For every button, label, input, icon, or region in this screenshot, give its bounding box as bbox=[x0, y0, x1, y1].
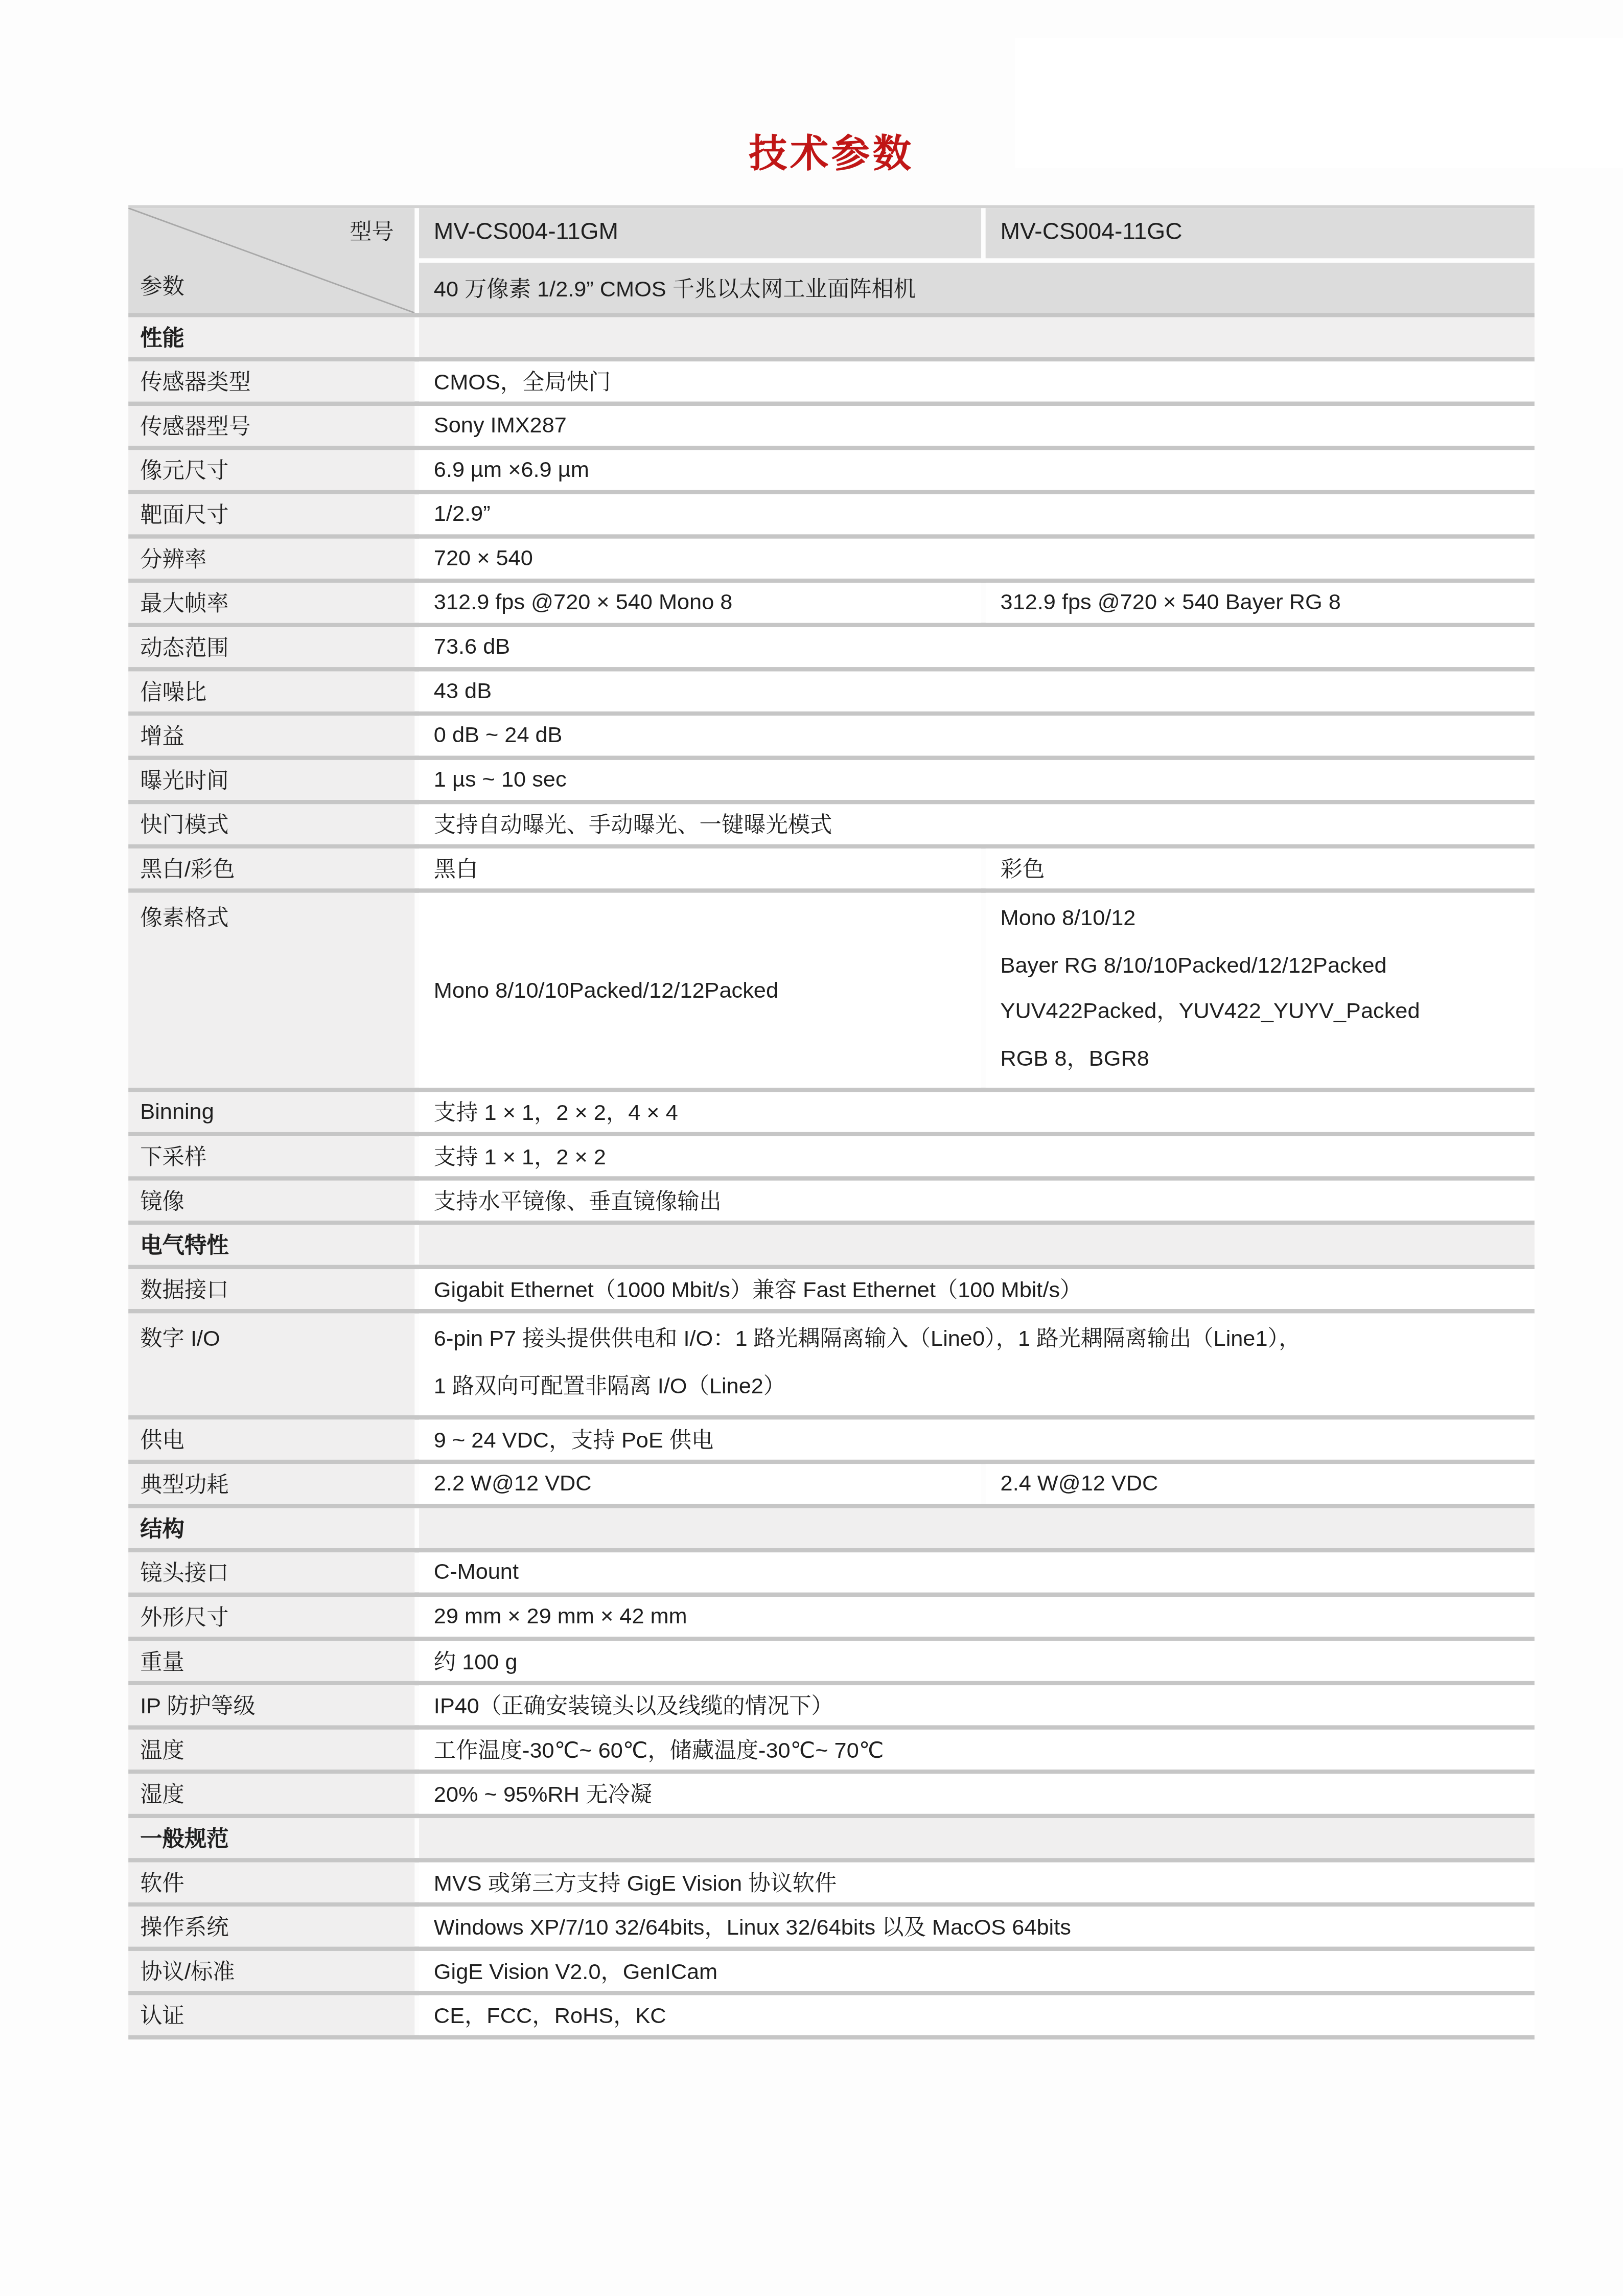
row-value: 6.9 µm ×6.9 µm bbox=[419, 450, 1535, 490]
row-label: Binning bbox=[128, 1092, 414, 1132]
spec-row: 认证CE，FCC，RoHS，KC bbox=[128, 1991, 1535, 2035]
row-value-color: Mono 8/10/12 Bayer RG 8/10/10Packed/12/1… bbox=[986, 893, 1535, 1088]
spec-row: 像素格式Mono 8/10/10Packed/12/12PackedMono 8… bbox=[128, 888, 1535, 1088]
spec-row: 信噪比43 dB bbox=[128, 667, 1535, 711]
row-value: C-Mount bbox=[419, 1552, 1535, 1592]
row-label: 温度 bbox=[128, 1730, 414, 1770]
spec-row: 数字 I/O6-pin P7 接头提供供电和 I/O：1 路光耦隔离输入（Lin… bbox=[128, 1309, 1535, 1415]
row-label: 软件 bbox=[128, 1863, 414, 1902]
section-filler bbox=[419, 1818, 1535, 1858]
row-label: 曝光时间 bbox=[128, 760, 414, 800]
row-label: 认证 bbox=[128, 1995, 414, 2035]
row-label: 信噪比 bbox=[128, 672, 414, 711]
table-header: 型号 参数 MV-CS004-11GM MV-CS004-11GC 40 万像素… bbox=[128, 205, 1535, 313]
page-title: 技术参数 bbox=[128, 124, 1535, 179]
spec-row: 曝光时间1 µs ~ 10 sec bbox=[128, 755, 1535, 800]
spec-row: 动态范围73.6 dB bbox=[128, 623, 1535, 667]
row-label: 下采样 bbox=[128, 1136, 414, 1176]
row-value: 1/2.9” bbox=[419, 494, 1535, 534]
row-value-mono: 312.9 fps @720 × 540 Mono 8 bbox=[419, 583, 981, 623]
row-label: 黑白/彩色 bbox=[128, 848, 414, 888]
section-row: 电气特性 bbox=[128, 1221, 1535, 1265]
row-value: CMOS，全局快门 bbox=[419, 361, 1535, 401]
spec-row: 镜像支持水平镜像、垂直镜像输出 bbox=[128, 1176, 1535, 1221]
spec-row: 重量约 100 g bbox=[128, 1637, 1535, 1681]
section-filler bbox=[419, 317, 1535, 357]
row-label: 靶面尺寸 bbox=[128, 494, 414, 534]
row-value: GigE Vision V2.0，GenICam bbox=[419, 1951, 1535, 1991]
row-label: 重量 bbox=[128, 1641, 414, 1681]
row-value-color: 2.4 W@12 VDC bbox=[986, 1464, 1535, 1504]
row-value: 20% ~ 95%RH 无冷凝 bbox=[419, 1774, 1535, 1813]
spec-row: 下采样支持 1 × 1，2 × 2 bbox=[128, 1132, 1535, 1177]
page: 技术参数 型号 参数 MV-CS004-11GM MV-CS004-11GC 4… bbox=[0, 0, 1623, 2296]
spec-row: 增益0 dB ~ 24 dB bbox=[128, 711, 1535, 756]
corner-label-param: 参数 bbox=[140, 263, 184, 313]
spec-table: 型号 参数 MV-CS004-11GM MV-CS004-11GC 40 万像素… bbox=[128, 205, 1535, 2039]
spec-row: 协议/标准GigE Vision V2.0，GenICam bbox=[128, 1946, 1535, 1991]
row-value: 支持水平镜像、垂直镜像输出 bbox=[419, 1181, 1535, 1221]
spec-row: 黑白/彩色黑白彩色 bbox=[128, 844, 1535, 889]
row-value-mono: Mono 8/10/10Packed/12/12Packed bbox=[419, 893, 981, 1088]
row-label: 传感器型号 bbox=[128, 406, 414, 446]
spec-row: 软件MVS 或第三方支持 GigE Vision 协议软件 bbox=[128, 1858, 1535, 1902]
row-value-color: 彩色 bbox=[986, 848, 1535, 888]
row-label: 外形尺寸 bbox=[128, 1597, 414, 1637]
spec-row: 最大帧率312.9 fps @720 × 540 Mono 8312.9 fps… bbox=[128, 579, 1535, 623]
row-label: 操作系统 bbox=[128, 1907, 414, 1946]
row-label: 最大帧率 bbox=[128, 583, 414, 623]
spec-row: 靶面尺寸1/2.9” bbox=[128, 490, 1535, 535]
row-value: 支持 1 × 1，2 × 2 bbox=[419, 1136, 1535, 1176]
spec-row: 像元尺寸6.9 µm ×6.9 µm bbox=[128, 446, 1535, 490]
row-value: 29 mm × 29 mm × 42 mm bbox=[419, 1597, 1535, 1637]
spec-row: 分辨率720 × 540 bbox=[128, 534, 1535, 579]
section-row: 性能 bbox=[128, 313, 1535, 357]
row-value: MVS 或第三方支持 GigE Vision 协议软件 bbox=[419, 1863, 1535, 1902]
row-label: 快门模式 bbox=[128, 805, 414, 844]
section-filler bbox=[419, 1225, 1535, 1265]
section-title: 结构 bbox=[128, 1508, 414, 1548]
spec-row: 温度工作温度-30℃~ 60℃，储藏温度-30℃~ 70℃ bbox=[128, 1725, 1535, 1770]
model-name-1: MV-CS004-11GM bbox=[419, 208, 981, 258]
row-value: 73.6 dB bbox=[419, 627, 1535, 667]
corner-label-model: 型号 bbox=[350, 208, 394, 258]
row-value-mono: 2.2 W@12 VDC bbox=[419, 1464, 981, 1504]
camera-description: 40 万像素 1/2.9” CMOS 千兆以太网工业面阵相机 bbox=[419, 263, 1535, 313]
spec-row: 镜头接口C-Mount bbox=[128, 1548, 1535, 1593]
row-label: 供电 bbox=[128, 1420, 414, 1460]
row-label: 分辨率 bbox=[128, 539, 414, 579]
spec-row: Binning支持 1 × 1，2 × 2，4 × 4 bbox=[128, 1088, 1535, 1132]
row-label: 湿度 bbox=[128, 1774, 414, 1813]
row-value: 支持自动曝光、手动曝光、一键曝光模式 bbox=[419, 805, 1535, 844]
model-name-2: MV-CS004-11GC bbox=[986, 208, 1535, 258]
spec-row: 快门模式支持自动曝光、手动曝光、一键曝光模式 bbox=[128, 800, 1535, 844]
spec-row: 传感器型号Sony IMX287 bbox=[128, 401, 1535, 446]
row-label: 传感器类型 bbox=[128, 361, 414, 401]
spec-row: 典型功耗2.2 W@12 VDC2.4 W@12 VDC bbox=[128, 1460, 1535, 1504]
spec-row: 传感器类型CMOS，全局快门 bbox=[128, 357, 1535, 402]
row-value: 约 100 g bbox=[419, 1641, 1535, 1681]
section-filler bbox=[419, 1508, 1535, 1548]
section-title: 性能 bbox=[128, 317, 414, 357]
corner-cell: 型号 参数 bbox=[128, 208, 414, 313]
row-label: 镜像 bbox=[128, 1181, 414, 1221]
row-value: CE，FCC，RoHS，KC bbox=[419, 1995, 1535, 2035]
row-value-color: 312.9 fps @720 × 540 Bayer RG 8 bbox=[986, 583, 1535, 623]
row-value: 1 µs ~ 10 sec bbox=[419, 760, 1535, 800]
section-row: 一般规范 bbox=[128, 1813, 1535, 1858]
row-label: 典型功耗 bbox=[128, 1464, 414, 1504]
spec-row: 供电9 ~ 24 VDC，支持 PoE 供电 bbox=[128, 1415, 1535, 1460]
section-title: 电气特性 bbox=[128, 1225, 414, 1265]
row-label: IP 防护等级 bbox=[128, 1685, 414, 1725]
spec-row: 数据接口Gigabit Ethernet（1000 Mbit/s）兼容 Fast… bbox=[128, 1265, 1535, 1309]
spec-row: IP 防护等级IP40（正确安装镜头以及线缆的情况下） bbox=[128, 1681, 1535, 1726]
section-title: 一般规范 bbox=[128, 1818, 414, 1858]
row-label: 像素格式 bbox=[128, 893, 414, 1088]
row-label: 镜头接口 bbox=[128, 1552, 414, 1592]
spec-row: 湿度20% ~ 95%RH 无冷凝 bbox=[128, 1770, 1535, 1814]
spec-row: 操作系统Windows XP/7/10 32/64bits，Linux 32/6… bbox=[128, 1902, 1535, 1947]
section-row: 结构 bbox=[128, 1504, 1535, 1548]
row-value: 0 dB ~ 24 dB bbox=[419, 716, 1535, 755]
row-value-mono: 黑白 bbox=[419, 848, 981, 888]
row-value: Gigabit Ethernet（1000 Mbit/s）兼容 Fast Eth… bbox=[419, 1269, 1535, 1309]
row-label: 增益 bbox=[128, 716, 414, 755]
row-value: Windows XP/7/10 32/64bits，Linux 32/64bit… bbox=[419, 1907, 1535, 1946]
spec-table-body: 性能传感器类型CMOS，全局快门传感器型号Sony IMX287像元尺寸6.9 … bbox=[128, 313, 1535, 2035]
row-value: IP40（正确安装镜头以及线缆的情况下） bbox=[419, 1685, 1535, 1725]
row-label: 数字 I/O bbox=[128, 1314, 414, 1415]
row-label: 协议/标准 bbox=[128, 1951, 414, 1991]
row-value: Sony IMX287 bbox=[419, 406, 1535, 446]
row-label: 像元尺寸 bbox=[128, 450, 414, 490]
row-value: 支持 1 × 1，2 × 2，4 × 4 bbox=[419, 1092, 1535, 1132]
row-label: 数据接口 bbox=[128, 1269, 414, 1309]
row-value: 720 × 540 bbox=[419, 539, 1535, 579]
row-value: 6-pin P7 接头提供供电和 I/O：1 路光耦隔离输入（Line0），1 … bbox=[419, 1314, 1535, 1415]
row-value: 43 dB bbox=[419, 672, 1535, 711]
row-value: 工作温度-30℃~ 60℃，储藏温度-30℃~ 70℃ bbox=[419, 1730, 1535, 1770]
row-label: 动态范围 bbox=[128, 627, 414, 667]
row-value: 9 ~ 24 VDC，支持 PoE 供电 bbox=[419, 1420, 1535, 1460]
spec-row: 外形尺寸29 mm × 29 mm × 42 mm bbox=[128, 1592, 1535, 1637]
